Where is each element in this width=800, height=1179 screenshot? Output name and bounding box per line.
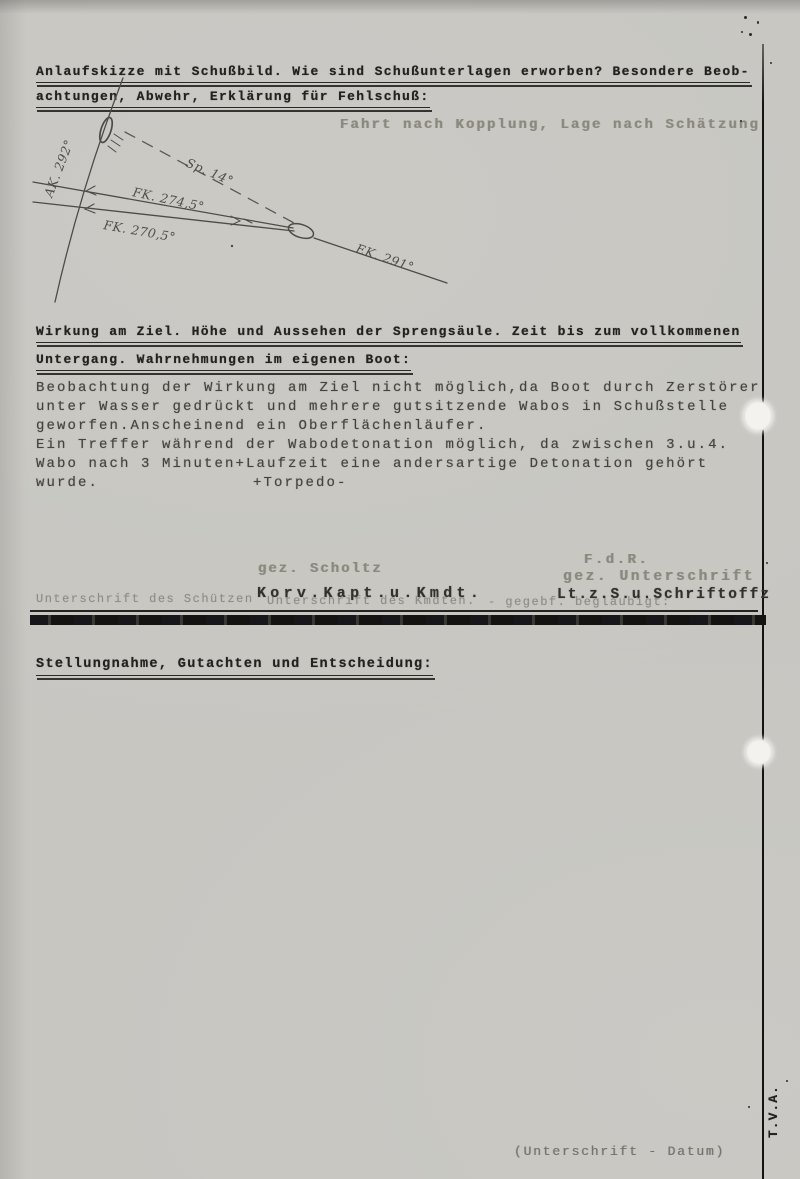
rank-schriftoffizier: Lt.z.S.u.Schriftoffz (557, 587, 771, 603)
scanned-torpedo-report-page: Anlaufskizze mit Schußbild. Wie sind Sch… (0, 0, 800, 1179)
wirkung-heading-line2-text: Untergang. Wahrnehmungen im eigenen Boot… (36, 352, 411, 371)
signature-gez-unterschrift: gez. Unterschrift (563, 569, 755, 585)
label-fire-bearing-1: FK. 274,5° (130, 184, 206, 214)
paper-speck (744, 16, 747, 19)
margin-vertical-line (762, 44, 764, 1179)
stellungnahme-heading-text: Stellungnahme, Gutachten und Entscheidun… (36, 657, 433, 676)
punch-hole-top (744, 401, 772, 431)
divider-heavy-rule (30, 615, 766, 625)
body-line-6: wurde. (36, 475, 99, 491)
paper-speck (748, 1106, 750, 1108)
body-line-3: geworfen.Anscheinend ein Oberflächenläuf… (36, 418, 488, 434)
course-sketch: AK. 292° Sp. 14° FK. 274,5° FK. 270,5° E… (28, 74, 458, 309)
label-attack-course: AK. 292° (40, 137, 76, 200)
paper-speck (766, 562, 768, 564)
ship-hatch-marks (108, 134, 123, 152)
paper-speck (770, 62, 772, 64)
label-spread: Sp. 14° (184, 155, 236, 188)
paper-speck (749, 33, 752, 36)
divider-thin-rule (30, 610, 758, 612)
wirkung-heading-line1: Wirkung am Ziel. Höhe und Aussehen der S… (36, 324, 741, 343)
margin-stamp-tva: T.V.A. (766, 1086, 781, 1138)
body-line-1: Beobachtung der Wirkung am Ziel nicht mö… (36, 380, 761, 396)
wirkung-heading-line2: Untergang. Wahrnehmungen im eigenen Boot… (36, 352, 411, 371)
body-footnote-torpedo: +Torpedo- (253, 475, 348, 491)
paper-speck (741, 31, 743, 33)
paper-speck (786, 1080, 788, 1082)
body-line-2: unter Wasser gedrückt und mehrere gutsit… (36, 399, 729, 415)
label-end-course: EK. 291° (353, 240, 416, 274)
signature-date-hint: (Unterschrift - Datum) (514, 1144, 725, 1159)
rank-korvkapt-kmdt: Korv.Kapt.u.Kmdt. (257, 585, 483, 602)
paper-speck (740, 120, 742, 122)
pencil-dot (231, 245, 233, 247)
wirkung-heading-line1-text: Wirkung am Ziel. Höhe und Aussehen der S… (36, 324, 741, 343)
signature-fdr: F.d.R. (584, 552, 649, 568)
body-line-5: Wabo nach 3 Minuten+Laufzeit eine anders… (36, 456, 708, 472)
enemy-ship-symbol (97, 116, 115, 144)
punch-hole-bottom (746, 739, 772, 765)
stellungnahme-heading: Stellungnahme, Gutachten und Entscheidun… (36, 657, 433, 676)
paper-speck (757, 21, 759, 24)
enemy-track-line (55, 78, 123, 302)
label-fire-bearing-2: FK. 270,5° (101, 217, 176, 245)
body-line-4: Ein Treffer während der Wabodetonation m… (36, 437, 729, 453)
signature-gez-scholtz: gez. Scholtz (258, 561, 383, 577)
caption-unterschrift-schuetze: Unterschrift des Schützen (36, 592, 254, 606)
arrowhead-bearing-1 (86, 186, 96, 195)
